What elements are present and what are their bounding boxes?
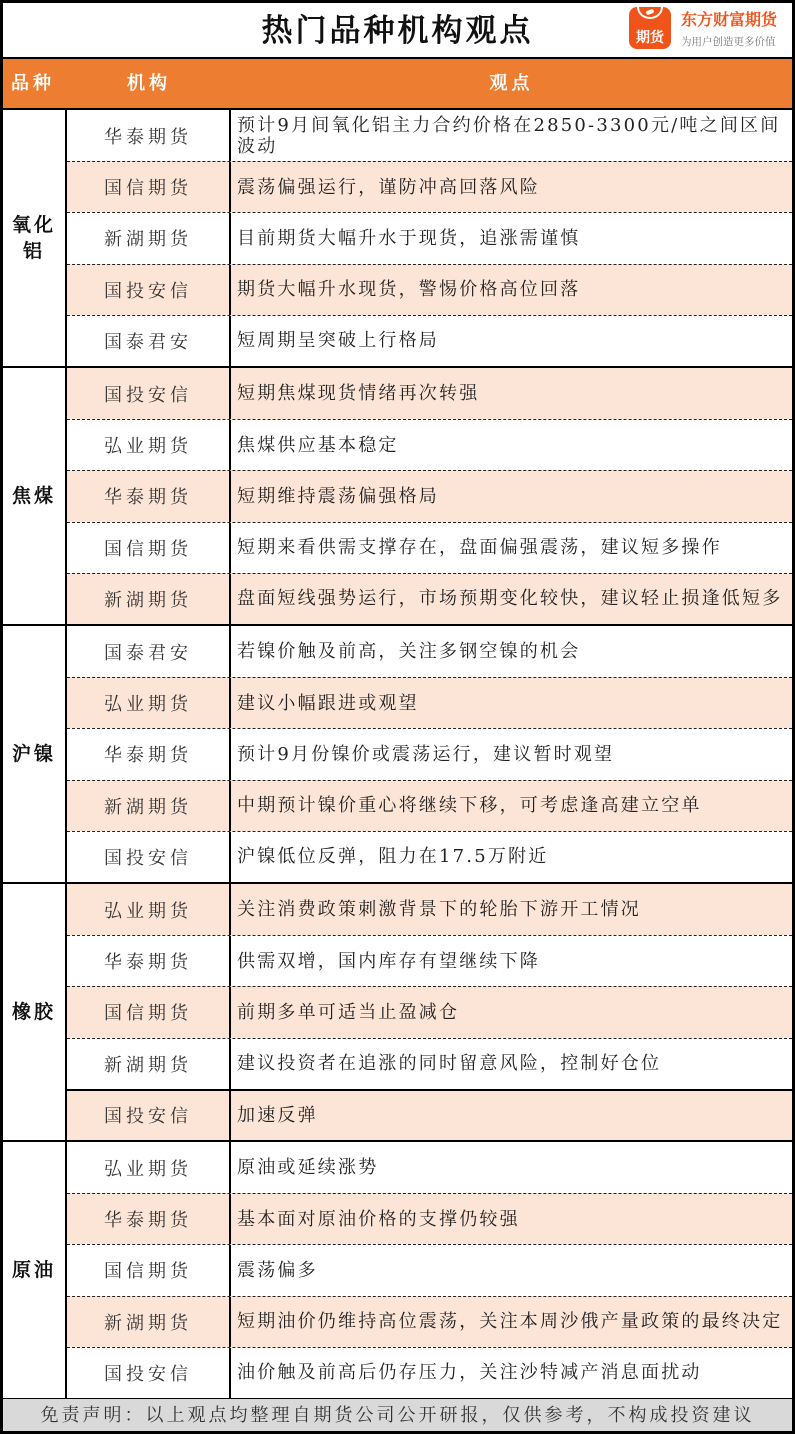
institution-cell: 国投安信	[67, 1348, 231, 1398]
view-cell: 建议投资者在追涨的同时留意风险，控制好仓位	[231, 1039, 792, 1089]
title-bar: 热门品种机构观点 期货 东方财富期货 为用户创造更多价值	[3, 3, 792, 57]
table-row: 弘业期货 关注消费政策刺激背景下的轮胎下游开工情况	[67, 884, 792, 935]
view-cell: 焦煤供应基本稳定	[231, 420, 792, 470]
institution-cell: 国泰君安	[67, 626, 231, 677]
view-cell: 震荡偏多	[231, 1245, 792, 1295]
view-cell: 若镍价触及前高，关注多钢空镍的机会	[231, 626, 792, 677]
institution-cell: 国泰君安	[67, 316, 231, 366]
institution-cell: 国投安信	[67, 1091, 231, 1140]
institution-cell: 新湖期货	[67, 574, 231, 624]
table-header: 品种 机构 观点	[3, 59, 792, 108]
header-institution: 机构	[67, 59, 231, 108]
variety-group: 焦煤 国投安信 短期焦煤现货情绪再次转强 弘业期货 焦煤供应基本稳定 华泰期货 …	[3, 368, 792, 624]
institution-cell: 弘业期货	[67, 678, 231, 728]
variety-group: 氧化铝 华泰期货 预计9月间氧化铝主力合约价格在2850-3300元/吨之间区间…	[3, 110, 792, 366]
table-row: 新湖期货 中期预计镍价重心将继续下移，可考虑逢高建立空单	[67, 780, 792, 831]
opinion-sheet: 热门品种机构观点 期货 东方财富期货 为用户创造更多价值 品种 机构 观点 氧化…	[0, 0, 795, 1434]
view-cell: 前期多单可适当止盈减仓	[231, 987, 792, 1037]
table-row: 国信期货 前期多单可适当止盈减仓	[67, 986, 792, 1037]
institution-cell: 国投安信	[67, 368, 231, 419]
institution-cell: 国信期货	[67, 1245, 231, 1295]
brand-logo: 期货 东方财富期货 为用户创造更多价值	[629, 7, 791, 51]
table-row: 国信期货 短期来看供需支撑存在，盘面偏强震荡，建议短多操作	[67, 522, 792, 573]
institution-cell: 新湖期货	[67, 1297, 231, 1347]
table-row: 国泰君安 若镍价触及前高，关注多钢空镍的机会	[67, 626, 792, 677]
view-cell: 沪镍低位反弹，阻力在17.5万附近	[231, 832, 792, 882]
table-row: 弘业期货 建议小幅跟进或观望	[67, 677, 792, 728]
table-row: 华泰期货 基本面对原油价格的支撑仍较强	[67, 1193, 792, 1244]
view-cell: 短期油价仍维持高位震荡，关注本周沙俄产量政策的最终决定	[231, 1297, 792, 1347]
brand-name: 东方财富期货	[681, 10, 777, 30]
institution-cell: 弘业期货	[67, 884, 231, 935]
table-row: 国投安信 沪镍低位反弹，阻力在17.5万附近	[67, 831, 792, 882]
view-cell: 建议小幅跟进或观望	[231, 678, 792, 728]
view-cell: 基本面对原油价格的支撑仍较强	[231, 1194, 792, 1244]
table-row: 弘业期货 原油或延续涨势	[67, 1142, 792, 1193]
table-row: 华泰期货 短期维持震荡偏强格局	[67, 470, 792, 521]
header-variety: 品种	[3, 59, 65, 108]
variety-group: 原油 弘业期货 原油或延续涨势 华泰期货 基本面对原油价格的支撑仍较强 国信期货…	[3, 1142, 792, 1398]
view-cell: 盘面短线强势运行，市场预期变化较快，建议轻止损逢低短多	[231, 574, 792, 624]
institution-cell: 华泰期货	[67, 110, 231, 161]
table-row: 国信期货 震荡偏强运行，谨防冲高回落风险	[67, 161, 792, 212]
view-cell: 目前期货大幅升水于现货，追涨需谨慎	[231, 213, 792, 263]
institution-cell: 国信期货	[67, 523, 231, 573]
institution-cell: 新湖期货	[67, 213, 231, 263]
variety-label: 橡胶	[3, 884, 65, 1140]
table-row: 新湖期货 盘面短线强势运行，市场预期变化较快，建议轻止损逢低短多	[67, 573, 792, 624]
table-row: 国投安信 短期焦煤现货情绪再次转强	[67, 368, 792, 419]
view-cell: 油价触及前高后仍存压力，关注沙特减产消息面扰动	[231, 1348, 792, 1398]
table-row: 国信期货 震荡偏多	[67, 1244, 792, 1295]
table-row: 国泰君安 短周期呈突破上行格局	[67, 315, 792, 366]
brand-slogan: 为用户创造更多价值	[681, 35, 776, 49]
table-row: 新湖期货 短期油价仍维持高位震荡，关注本周沙俄产量政策的最终决定	[67, 1296, 792, 1347]
header-view: 观点	[231, 59, 792, 108]
institution-cell: 国投安信	[67, 832, 231, 882]
table-row: 弘业期货 焦煤供应基本稳定	[67, 419, 792, 470]
institution-cell: 国信期货	[67, 162, 231, 212]
variety-group: 橡胶 弘业期货 关注消费政策刺激背景下的轮胎下游开工情况 华泰期货 供需双增，国…	[3, 884, 792, 1140]
view-cell: 短周期呈突破上行格局	[231, 316, 792, 366]
institution-cell: 弘业期货	[67, 420, 231, 470]
table-row: 华泰期货 预计9月份镍价或震荡运行，建议暂时观望	[67, 728, 792, 779]
institution-cell: 华泰期货	[67, 729, 231, 779]
institution-cell: 弘业期货	[67, 1142, 231, 1193]
view-cell: 中期预计镍价重心将继续下移，可考虑逢高建立空单	[231, 781, 792, 831]
institution-cell: 国信期货	[67, 987, 231, 1037]
variety-label: 氧化铝	[3, 110, 65, 366]
view-cell: 关注消费政策刺激背景下的轮胎下游开工情况	[231, 884, 792, 935]
table-row: 新湖期货 建议投资者在追涨的同时留意风险，控制好仓位	[67, 1038, 792, 1089]
view-cell: 短期焦煤现货情绪再次转强	[231, 368, 792, 419]
institution-cell: 华泰期货	[67, 471, 231, 521]
table-row: 华泰期货 供需双增，国内库存有望继续下降	[67, 935, 792, 986]
table-row: 国投安信 加速反弹	[67, 1089, 792, 1140]
variety-label: 沪镍	[3, 626, 65, 882]
view-cell: 期货大幅升水现货，警惕价格高位回落	[231, 265, 792, 315]
institution-cell: 新湖期货	[67, 781, 231, 831]
disclaimer: 免责声明：以上观点均整理自期货公司公开研报，仅供参考，不构成投资建议	[3, 1399, 792, 1431]
institution-cell: 华泰期货	[67, 936, 231, 986]
view-cell: 短期维持震荡偏强格局	[231, 471, 792, 521]
view-cell: 预计9月份镍价或震荡运行，建议暂时观望	[231, 729, 792, 779]
view-cell: 预计9月间氧化铝主力合约价格在2850-3300元/吨之间区间波动	[231, 110, 792, 161]
view-cell: 震荡偏强运行，谨防冲高回落风险	[231, 162, 792, 212]
view-cell: 短期来看供需支撑存在，盘面偏强震荡，建议短多操作	[231, 523, 792, 573]
variety-label: 原油	[3, 1142, 65, 1398]
table-body: 氧化铝 华泰期货 预计9月间氧化铝主力合约价格在2850-3300元/吨之间区间…	[3, 110, 792, 1400]
institution-cell: 华泰期货	[67, 1194, 231, 1244]
institution-cell: 新湖期货	[67, 1039, 231, 1089]
table-row: 华泰期货 预计9月间氧化铝主力合约价格在2850-3300元/吨之间区间波动	[67, 110, 792, 161]
view-cell: 原油或延续涨势	[231, 1142, 792, 1193]
table-row: 新湖期货 目前期货大幅升水于现货，追涨需谨慎	[67, 212, 792, 263]
view-cell: 加速反弹	[231, 1091, 792, 1140]
view-cell: 供需双增，国内库存有望继续下降	[231, 936, 792, 986]
app-badge-icon: 期货	[629, 7, 671, 49]
badge-text: 期货	[629, 30, 671, 46]
table-row: 国投安信 期货大幅升水现货，警惕价格高位回落	[67, 264, 792, 315]
variety-label: 焦煤	[3, 368, 65, 624]
table-row: 国投安信 油价触及前高后仍存压力，关注沙特减产消息面扰动	[67, 1347, 792, 1398]
institution-cell: 国投安信	[67, 265, 231, 315]
variety-group: 沪镍 国泰君安 若镍价触及前高，关注多钢空镍的机会 弘业期货 建议小幅跟进或观望…	[3, 626, 792, 882]
